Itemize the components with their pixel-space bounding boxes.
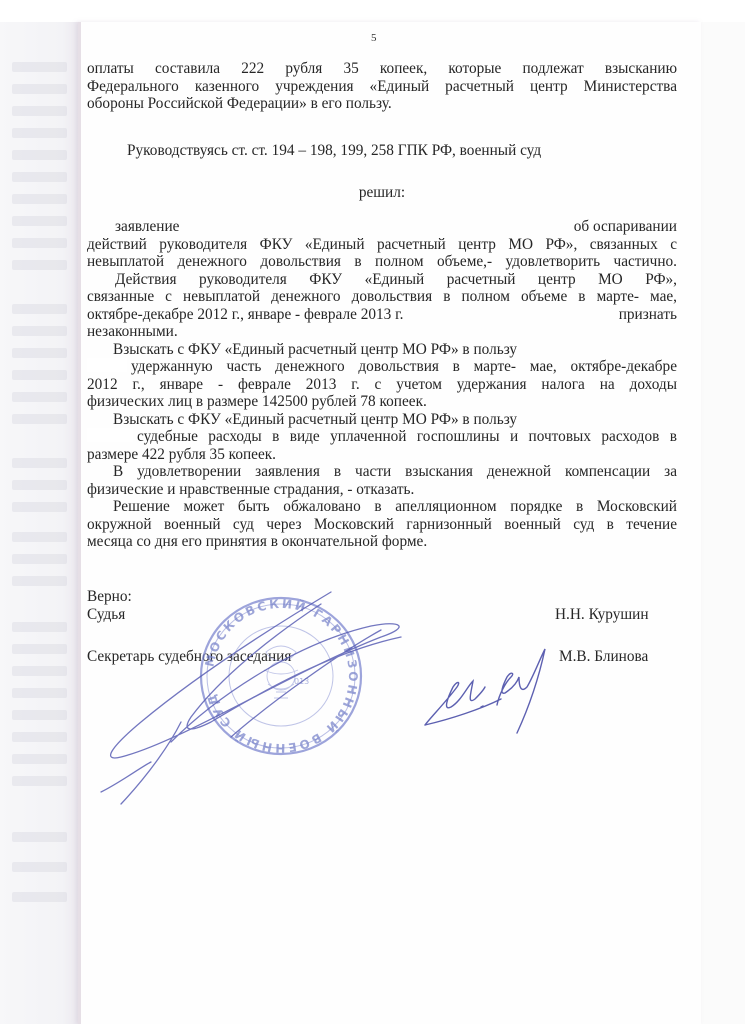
text-fragment: заявление (115, 218, 179, 236)
text-line: В удовлетворении заявления в части взыск… (87, 463, 677, 481)
decision-heading: решил: (87, 184, 677, 202)
text-line: связанные с невыплатой денежного довольс… (87, 288, 677, 306)
text-line: обороны Российской Федерации» в его поль… (87, 95, 677, 113)
text-line: физических лиц в размере 142500 рублей 7… (87, 393, 677, 411)
redacted-name (87, 428, 133, 442)
text-line: Федерального казенного учреждения «Едины… (87, 78, 677, 96)
text-line: незаконными. (87, 323, 677, 341)
redacted-name (87, 358, 127, 372)
paragraph-payment: оплаты составила 222 рубля 35 копеек, ко… (87, 60, 677, 113)
judge-signature-icon (81, 582, 421, 822)
text-line: невыплатой денежного довольствия в полно… (87, 253, 677, 271)
paragraph-actions-unlawful: Действия руководителя ФКУ «Единый расчет… (87, 271, 677, 341)
text-line: удержанную часть денежного довольствия в… (87, 358, 677, 376)
scan-right-margin (698, 22, 745, 1024)
text-line: судебные расходы в виде уплаченной госпо… (87, 428, 677, 446)
text-line: окружной военный суд через Московский га… (87, 516, 677, 534)
document-page: 5 оплаты составила 222 рубля 35 копеек, … (78, 22, 701, 1024)
text-line: заявление об оспаривании (87, 218, 677, 236)
paragraph-guided-by: Руководствуясь ст. ст. 194 – 198, 199, 2… (87, 142, 677, 160)
text-line: физические и нравственные страдания, - о… (87, 481, 677, 499)
text-line: размере 422 рубля 35 копеек. (87, 446, 677, 464)
heading-decided: решил: (87, 184, 677, 202)
text-line: месяца со дня его принятия в окончательн… (87, 533, 677, 551)
text-fragment: октябре-декабре 2012 г., январе - феврал… (87, 306, 404, 324)
text-fragment: удержанную часть денежного довольствия в… (129, 358, 677, 376)
paragraph-denied: В удовлетворении заявления в части взыск… (87, 463, 677, 498)
text-fragment: признать (619, 306, 677, 324)
paragraph-claim: заявление об оспаривании действий руково… (87, 218, 677, 271)
underlying-page-edge (0, 22, 78, 1024)
paragraph-recover-allowance: Взыскать с ФКУ «Единый расчетный центр М… (87, 341, 677, 411)
text-fragment: судебные расходы в виде уплаченной госпо… (135, 428, 677, 446)
text-line: октябре-декабре 2012 г., январе - феврал… (87, 306, 677, 324)
paragraph-appeal: Решение может быть обжаловано в апелляци… (87, 498, 677, 551)
text-line: действий руководителя ФКУ «Единый расчет… (87, 236, 677, 254)
text-fragment: об оспаривании (574, 218, 677, 236)
text-line: Взыскать с ФКУ «Единый расчетный центр М… (87, 411, 677, 429)
text-line: Решение может быть обжаловано в апелляци… (87, 498, 677, 516)
text-line: 2012 г., январе - феврале 2013 г. с учет… (87, 376, 677, 394)
text-line: Руководствуясь ст. ст. 194 – 198, 199, 2… (127, 142, 677, 160)
text-line: оплаты составила 222 рубля 35 копеек, ко… (87, 60, 677, 78)
paragraph-recover-costs: Взыскать с ФКУ «Единый расчетный центр М… (87, 411, 677, 464)
secretary-name: М.В. Блинова (559, 648, 648, 666)
text-line: Действия руководителя ФКУ «Единый расчет… (87, 271, 677, 289)
text-line: Взыскать с ФКУ «Единый расчетный центр М… (87, 341, 677, 359)
judge-name: Н.Н. Курушин (555, 606, 649, 624)
page-number: 5 (371, 32, 377, 44)
secretary-signature-icon (421, 647, 561, 737)
